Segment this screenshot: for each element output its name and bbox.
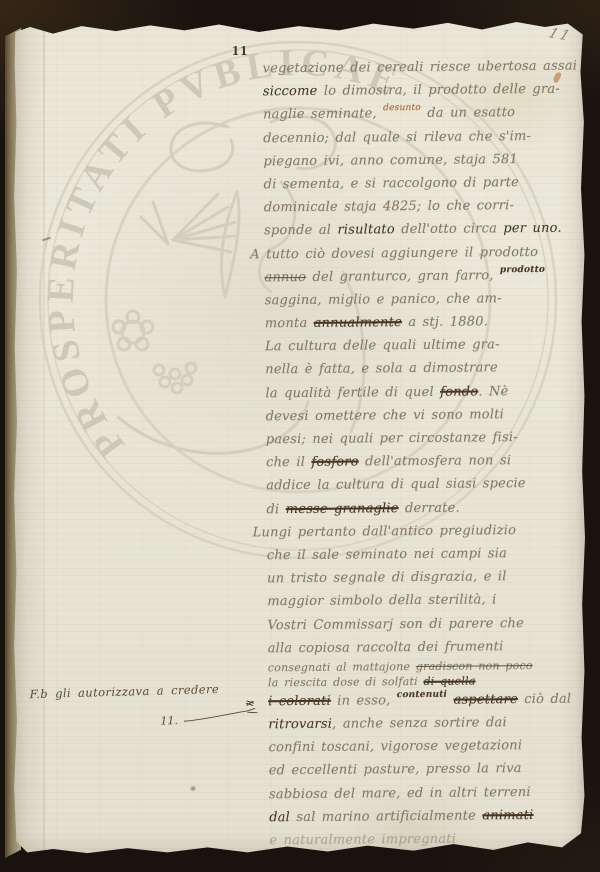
- margin-annotation: F.b gli autorizzava a credere 11.: [29, 681, 260, 731]
- ms-segment: di sementa, e si raccolgono di parte: [264, 175, 520, 192]
- ms-segment: dal: [269, 810, 290, 825]
- margin-annotation-mark: 11.: [160, 714, 178, 727]
- manuscript-line: sabbiosa del mare, ed in altri terreni: [255, 780, 581, 806]
- ms-segment: sabbiosa del mare, ed in altri terreni: [269, 785, 531, 802]
- ms-segment: per uno.: [503, 221, 562, 237]
- ms-segment: alla copiosa raccolta dei frumenti: [268, 639, 504, 656]
- ms-segment: di quella: [423, 674, 475, 687]
- manuscript-line: monta annualmente a stj. 1880.: [251, 310, 577, 336]
- ms-segment: che il: [266, 455, 311, 470]
- ms-segment: lo dimostra, il prodotto delle gra-: [317, 82, 560, 99]
- ms-segment: del granturco, gran farro,: [306, 268, 500, 285]
- ms-segment: risultato: [337, 222, 395, 238]
- ms-segment: gradiscon non poco: [416, 659, 533, 673]
- ms-segment: naglie seminate,: [263, 107, 383, 123]
- ms-segment: dell'otto circa: [395, 222, 504, 238]
- ms-segment: animati: [482, 808, 533, 823]
- ms-segment: A tutto ciò dovesi aggiungere il prodott…: [250, 244, 538, 262]
- ms-segment: ed eccellenti pasture, presso la riva: [269, 762, 522, 779]
- ms-segment: di: [266, 502, 285, 517]
- ms-segment: annualmente: [314, 315, 402, 331]
- manuscript-line: paesi; nei quali per circostanze fisi-: [252, 426, 578, 452]
- ms-segment: consegnati al mattajone: [268, 660, 416, 674]
- ms-segment: in esso,: [331, 693, 397, 709]
- handwritten-folio: 11: [546, 26, 573, 45]
- manuscript-line: sponde al risultato dell'otto circa per …: [250, 217, 576, 243]
- ms-segment: . Nè: [478, 384, 508, 399]
- manuscript-line: Lungi pertanto dall'antico pregiudizio: [253, 518, 579, 544]
- foxing-spot: [478, 253, 483, 257]
- manuscript-line: siccome lo dimostra, il prodotto delle g…: [249, 78, 575, 104]
- wheat-sheaf-icon: [141, 194, 237, 252]
- ms-segment: decennio; dal quale si rileva che s'im-: [263, 129, 531, 146]
- cornucopia-left-icon: [171, 123, 233, 171]
- manuscript-line: dominicale staja 4825; lo che corri-: [250, 194, 576, 220]
- ms-segment: Vostri Commissarj son di parere che: [267, 616, 524, 633]
- manuscript-line: naglie seminate, desunto da un esatto: [249, 101, 575, 127]
- document-page: PROSPERITATI PVBLICAE 11 11 ve: [13, 22, 585, 854]
- manuscript-line: e naturalmente impregnati: [255, 827, 581, 853]
- manuscript-line: dal sal marino artificialmente animati: [255, 803, 581, 829]
- manuscript-line: decennio; dal quale si rileva che s'im-: [249, 124, 575, 150]
- ms-segment: paesi; nei quali per circostanze fisi-: [266, 430, 518, 447]
- ms-segment: fosforo: [311, 455, 359, 470]
- ms-segment: monta: [265, 316, 314, 331]
- ms-segment: La cultura delle quali ultime gra-: [265, 338, 500, 355]
- manuscript-line: i colorati in esso, contenuti aspettare …: [254, 687, 580, 713]
- ms-segment: desunto: [383, 103, 421, 113]
- ms-segment: che il sale seminato nei campi sia: [267, 546, 507, 563]
- ms-segment: a stj. 1880.: [402, 314, 488, 330]
- ms-segment: dominicale staja 4825; lo che corri-: [264, 198, 514, 215]
- ms-segment: da un esatto: [421, 105, 515, 121]
- ms-segment: aspettare: [453, 692, 517, 708]
- manuscript-line: annuo del granturco, gran farro, prodott…: [250, 263, 576, 289]
- ms-segment: saggina, miglio e panico, che am-: [265, 291, 502, 308]
- manuscript-line: di messe granaglie derrate.: [252, 495, 578, 521]
- flower-icon: [122, 321, 144, 343]
- manuscript-line: la qualità fertile di quel fondo. Nè: [251, 379, 577, 405]
- ms-segment: nella è fatta, e sola a dimostrare: [265, 361, 498, 378]
- margin-annotation-text: F.b gli autorizzava a credere: [29, 681, 259, 701]
- manuscript-line: ritrovarsi, anche senza sortire dai: [254, 711, 580, 737]
- manuscript-line: piegano ivi, anno comune, staja 581: [249, 147, 575, 173]
- ms-segment: la qualità fertile di quel: [265, 384, 440, 401]
- ms-segment: , anche senza sortire dai: [332, 715, 507, 732]
- ms-segment: maggior simbolo della sterilità, i: [267, 593, 496, 610]
- grape-cluster-icon: [154, 363, 196, 393]
- printed-folio: 11: [232, 44, 249, 60]
- ms-segment: addice la cultura di qual siasi specie: [266, 476, 526, 493]
- manuscript-line: La cultura delle quali ultime gra-: [251, 333, 577, 359]
- ms-segment: derrate.: [399, 500, 460, 516]
- foxing-spot: [190, 786, 196, 791]
- ms-segment: siccome: [263, 84, 318, 99]
- manuscript-line: ed eccellenti pasture, presso la riva: [255, 757, 581, 783]
- manuscript-line: confini toscani, vigorose vegetazioni: [254, 734, 580, 760]
- manuscript-line: saggina, miglio e panico, che am-: [251, 286, 577, 312]
- manuscript-line: devesi omettere che vi sono molti: [252, 402, 578, 428]
- ms-segment: contenuti: [397, 690, 447, 700]
- ms-segment: messe granaglie: [286, 501, 399, 517]
- manuscript-line: vegetazione dei cereali riesce ubertosa …: [249, 55, 575, 81]
- manuscript-line: alla copiosa raccolta dei frumenti: [254, 634, 580, 660]
- manuscript-line: un tristo segnale di disgrazia, e il: [253, 565, 579, 591]
- manuscript-line: nella è fatta, e sola a dimostrare: [251, 356, 577, 382]
- ms-segment: annuo: [264, 270, 306, 285]
- manuscript-line: maggior simbolo della sterilità, i: [253, 588, 579, 614]
- manuscript-line: che il fosforo dell'atmosfera non si: [252, 449, 578, 475]
- ms-segment: dell'atmosfera non si: [359, 453, 512, 469]
- manuscript-line: addice la cultura di qual siasi specie: [252, 472, 578, 498]
- ms-segment: confini toscani, vigorose vegetazioni: [268, 738, 522, 755]
- scan-background: PROSPERITATI PVBLICAE 11 11 ve: [0, 0, 600, 872]
- palm-leaf-icon: [221, 192, 239, 297]
- manuscript-line: che il sale seminato nei campi sia: [253, 542, 579, 568]
- ms-segment: fondo: [440, 384, 478, 399]
- ms-segment: ciò dal: [518, 692, 572, 707]
- ms-segment: piegano ivi, anno comune, staja 581: [263, 152, 518, 169]
- manuscript-line: Vostri Commissarj son di parere che: [253, 611, 579, 637]
- ms-segment: ritrovarsi: [268, 717, 332, 733]
- ms-segment: sponde al: [264, 223, 338, 239]
- ms-segment: e naturalmente impregnati: [269, 832, 456, 849]
- ms-segment: Lungi pertanto dall'antico pregiudizio: [253, 523, 517, 540]
- manuscript-text: vegetazione dei cereali riesce ubertosa …: [249, 55, 582, 853]
- manuscript-line: consegnati al mattajone gradiscon non po…: [254, 657, 580, 675]
- manuscript-line: di sementa, e si raccolgono di parte: [250, 171, 576, 197]
- manuscript-line: A tutto ciò dovesi aggiungere il prodott…: [250, 240, 576, 266]
- ms-segment: prodotto: [500, 265, 545, 275]
- ms-segment: sal marino artificialmente: [290, 808, 482, 825]
- ms-segment: la riescita dose di solfati: [268, 675, 424, 689]
- ms-segment: devesi omettere che vi sono molti: [266, 407, 504, 424]
- ms-segment: i colorati: [268, 694, 331, 710]
- ms-segment: un tristo segnale di disgrazia, e il: [267, 569, 507, 586]
- ms-segment: vegetazione dei cereali riesce ubertosa …: [263, 59, 578, 77]
